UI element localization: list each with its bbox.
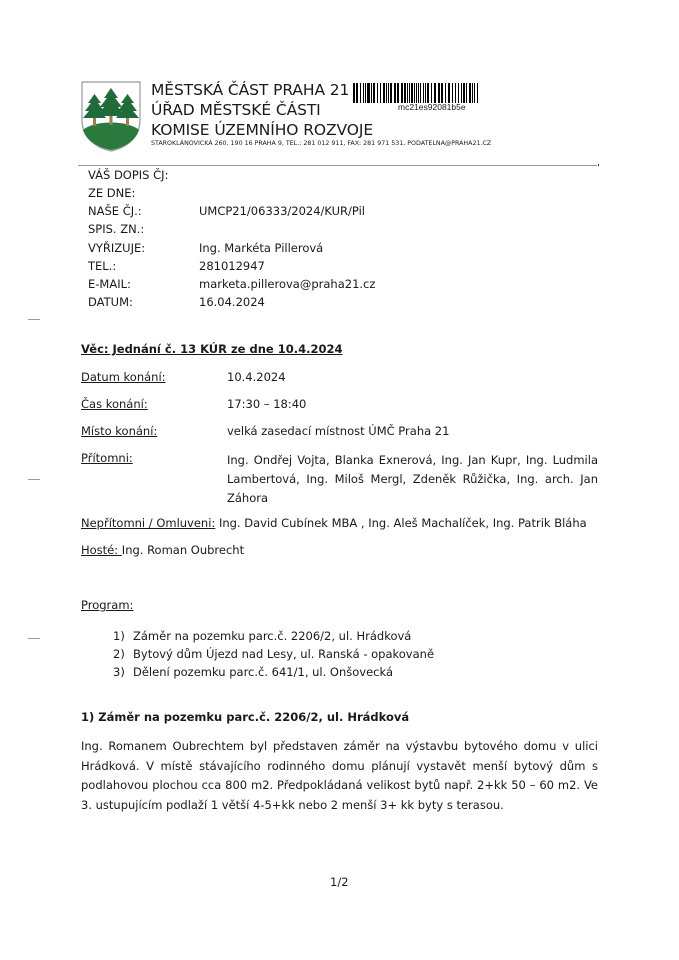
- item-number: 2): [113, 645, 133, 663]
- time-label: Čas konání:: [81, 397, 148, 411]
- ref-value: UMCP21/06333/2024/KUR/Pil: [199, 204, 365, 218]
- program-label: Program:: [81, 598, 133, 612]
- fold-mark: [28, 479, 40, 480]
- place-value: velká zasedací místnost ÚMČ Praha 21: [227, 424, 449, 438]
- header-separator: [78, 165, 597, 166]
- absent-row: Nepřítomni / Omluveni: Ing. David Cubíne…: [81, 516, 587, 530]
- section-1-body: Ing. Romanem Oubrechtem byl představen z…: [81, 737, 598, 815]
- ref-label: E-MAIL:: [88, 277, 131, 291]
- subject-heading: Věc: Jednání č. 13 KÚR ze dne 10.4.2024: [81, 342, 342, 356]
- time-value: 17:30 – 18:40: [227, 397, 306, 411]
- separator-end-mark: [598, 164, 599, 166]
- program-item: 1)Záměr na pozemku parc.č. 2206/2, ul. H…: [113, 627, 434, 645]
- absent-value: Ing. David Cubínek MBA , Ing. Aleš Macha…: [215, 516, 586, 530]
- ref-label: NAŠE ČJ.:: [88, 204, 142, 218]
- program-item: 2)Bytový dům Újezd nad Lesy, ul. Ranská …: [113, 645, 434, 663]
- org-address: STAROKLÁNOVICKÁ 260, 190 16 PRAHA 9, TEL…: [151, 140, 491, 147]
- org-name-line-2: ÚŘAD MĚSTSKÉ ČÁSTI: [151, 101, 321, 119]
- ref-label: VÁŠ DOPIS ČJ:: [88, 168, 168, 182]
- date-label: Datum konání:: [81, 370, 166, 384]
- fold-mark: [28, 319, 40, 320]
- ref-value: Ing. Markéta Pillerová: [199, 241, 323, 255]
- date-value: 10.4.2024: [227, 370, 286, 384]
- present-value: Ing. Ondřej Vojta, Blanka Exnerová, Ing.…: [227, 451, 598, 508]
- ref-label: TEL.:: [88, 259, 116, 273]
- ref-value: 281012947: [199, 259, 265, 273]
- program-list: 1)Záměr na pozemku parc.č. 2206/2, ul. H…: [113, 627, 434, 681]
- present-label: Přítomni:: [81, 451, 133, 465]
- guests-row: Hosté: Ing. Roman Oubrecht: [81, 543, 244, 557]
- coat-of-arms-logo-icon: [80, 80, 142, 152]
- section-1-title: 1) Záměr na pozemku parc.č. 2206/2, ul. …: [81, 710, 409, 724]
- guests-value: Ing. Roman Oubrecht: [122, 543, 244, 557]
- item-number: 1): [113, 627, 133, 645]
- ref-value: marketa.pillerova@praha21.cz: [199, 277, 375, 291]
- ref-label: DATUM:: [88, 295, 133, 309]
- item-text: Záměr na pozemku parc.č. 2206/2, ul. Hrá…: [133, 629, 411, 643]
- ref-value: 16.04.2024: [199, 295, 265, 309]
- ref-label: SPIS. ZN.:: [88, 222, 144, 236]
- program-item: 3)Dělení pozemku parc.č. 641/1, ul. Onšo…: [113, 663, 434, 681]
- barcode-icon: [353, 83, 478, 103]
- punch-mark: [28, 638, 40, 639]
- page-number: 1/2: [330, 875, 349, 889]
- item-text: Bytový dům Újezd nad Lesy, ul. Ranská - …: [133, 647, 434, 661]
- absent-label: Nepřítomni / Omluveni:: [81, 516, 215, 530]
- place-label: Místo konání:: [81, 424, 157, 438]
- item-text: Dělení pozemku parc.č. 641/1, ul. Onšove…: [133, 665, 393, 679]
- guests-label: Hosté:: [81, 543, 122, 557]
- ref-label: VYŘIZUJE:: [88, 241, 145, 255]
- org-name-line-1: MĚSTSKÁ ČÁST PRAHA 21: [151, 81, 349, 99]
- ref-label: ZE DNE:: [88, 186, 135, 200]
- barcode-text: mc21es92081b5e: [398, 102, 466, 112]
- item-number: 3): [113, 663, 133, 681]
- org-name-line-3: KOMISE ÚZEMNÍHO ROZVOJE: [151, 121, 373, 139]
